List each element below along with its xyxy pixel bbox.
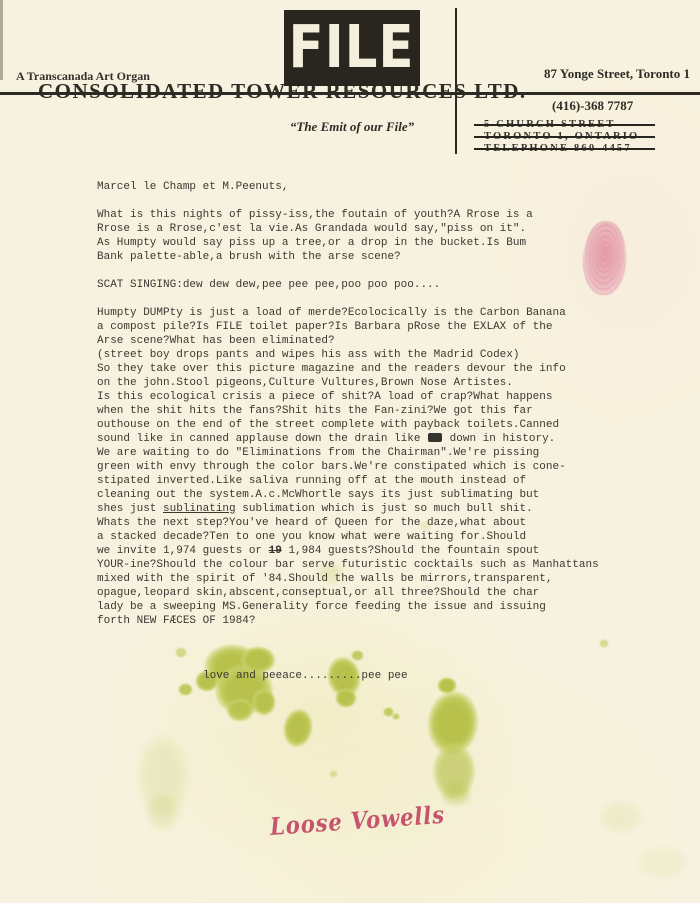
letter-line: forth NEW FÆCES OF 1984?	[97, 614, 599, 628]
letter-text: sublinating	[163, 503, 236, 515]
letter-text: Bank palette-able,a brush with the arse …	[97, 251, 401, 263]
letter-text: shes just	[97, 503, 163, 515]
letter-text: 19	[269, 545, 282, 557]
letter-text: 1,984 guests?Should the fountain spout	[282, 545, 539, 557]
letter-text: when the shit hits the fans?Shit hits th…	[97, 405, 533, 417]
letter-text: Arse scene?What has been eliminated?	[97, 335, 335, 347]
letter-line: lady be a sweeping MS.Generality force f…	[97, 600, 599, 614]
letterhead-tagline: A Transcanada Art Organ	[16, 69, 150, 84]
letter-line	[97, 194, 599, 208]
ink-splatter	[351, 650, 364, 661]
letter-line: Is this ecological crisis a piece of shi…	[97, 390, 599, 404]
letter-line	[97, 264, 599, 278]
ink-splatter	[226, 698, 254, 722]
letter-text: So they take over this picture magazine …	[97, 363, 566, 375]
letter-text: cleaning out the system.A.c.McWhortle sa…	[97, 489, 539, 501]
letter-line: We are waiting to do "Eliminations from …	[97, 446, 599, 460]
ink-smudge	[598, 800, 644, 834]
file-logo: FILE	[284, 10, 420, 86]
strikethrough-rule	[0, 92, 700, 95]
letter-line: on the john.Stool pigeons,Culture Vultur…	[97, 376, 599, 390]
ink-splatter	[175, 647, 187, 658]
letter-line: SCAT SINGING:dew dew dew,pee pee pee,poo…	[97, 278, 599, 292]
letter-line: we invite 1,974 guests or 19 1,984 guest…	[97, 544, 599, 558]
letter-text: YOUR-ine?Should the colour bar serve fut…	[97, 559, 599, 571]
ink-splatter	[335, 688, 357, 708]
letter-line: As Humpty would say piss up a tree,or a …	[97, 236, 599, 250]
letter-closing: love and peeace.........pee pee	[203, 670, 408, 682]
letter-line: green with envy through the color bars.W…	[97, 460, 599, 474]
ink-splatter	[437, 677, 457, 694]
letterhead-motto: “The Emit of our File”	[276, 119, 428, 135]
letter-line: stipated inverted.Like saliva running of…	[97, 474, 599, 488]
letter-text: a stacked decade?Ten to one you know wha…	[97, 531, 526, 543]
letter-text: Whats the next step?You've heard of Quee…	[97, 517, 526, 529]
old-address-line: TORONTO 1, ONTARIO	[484, 132, 639, 142]
letter-body: Marcel le Champ et M.Peenuts,What is thi…	[97, 180, 599, 628]
letter-line: opague,leopard skin,abscent,conseptual,o…	[97, 586, 599, 600]
letter-text: Marcel le Champ et M.Peenuts,	[97, 181, 288, 193]
letter-line: So they take over this picture magazine …	[97, 362, 599, 376]
ink-smudge	[146, 792, 180, 832]
letter-text: forth NEW FÆCES OF 1984?	[97, 615, 255, 627]
letter-text: Rrose is a Rrose,c'est la vie.As Grandad…	[97, 223, 526, 235]
scanned-letter-page: A Transcanada Art Organ CONSOLIDATED TOW…	[0, 0, 700, 903]
letter-line: Arse scene?What has been eliminated?	[97, 334, 599, 348]
letter-line: Humpty DUMPty is just a load of merde?Ec…	[97, 306, 599, 320]
letter-text: down in history.	[443, 433, 555, 445]
ink-splatter	[178, 683, 193, 696]
letter-text: outhouse on the end of the street comple…	[97, 419, 559, 431]
letter-line: a compost pile?Is FILE toilet paper?Is B…	[97, 320, 599, 334]
old-address-line: 5 CHURCH STREET	[484, 120, 639, 130]
divider-rule	[455, 8, 457, 154]
letterhead-address: 87 Yonge Street, Toronto 1	[544, 66, 690, 82]
letter-line: mixed with the spirit of '84.Should the …	[97, 572, 599, 586]
letter-line: outhouse on the end of the street comple…	[97, 418, 599, 432]
letter-text: a compost pile?Is FILE toilet paper?Is B…	[97, 321, 552, 333]
letter-line: Marcel le Champ et M.Peenuts,	[97, 180, 599, 194]
letter-line	[97, 292, 599, 306]
letter-text: sound like in canned applause down the d…	[97, 433, 427, 445]
letter-text: sublimation which is just so much bull s…	[236, 503, 533, 515]
ink-splatter	[392, 713, 400, 720]
letter-line: Whats the next step?You've heard of Quee…	[97, 516, 599, 530]
letter-line: cleaning out the system.A.c.McWhortle sa…	[97, 488, 599, 502]
letter-text: stipated inverted.Like saliva running of…	[97, 475, 526, 487]
letter-line: What is this nights of pissy-iss,the fou…	[97, 208, 599, 222]
letterhead-phone: (416)-368 7787	[552, 98, 633, 114]
old-address-line: TELEPHONE 860-4457	[484, 144, 639, 154]
letter-line: sound like in canned applause down the d…	[97, 432, 599, 446]
letter-text: As Humpty would say piss up a tree,or a …	[97, 237, 526, 249]
old-address-block: 5 CHURCH STREET TORONTO 1, ONTARIO TELEP…	[484, 120, 639, 154]
letter-text: SCAT SINGING:dew dew dew,pee pee pee,poo…	[97, 279, 440, 291]
letter-text: mixed with the spirit of '84.Should the …	[97, 573, 552, 585]
letter-line: when the shit hits the fans?Shit hits th…	[97, 404, 599, 418]
letter-line: Rrose is a Rrose,c'est la vie.As Grandad…	[97, 222, 599, 236]
file-logo-text: FILE	[289, 19, 415, 78]
letter-text: Is this ecological crisis a piece of shi…	[97, 391, 552, 403]
letter-text: (street boy drops pants and wipes his as…	[97, 349, 519, 361]
letter-text: on the john.Stool pigeons,Culture Vultur…	[97, 377, 513, 389]
blotted-word	[428, 433, 442, 442]
letter-line: YOUR-ine?Should the colour bar serve fut…	[97, 558, 599, 572]
ink-splatter	[440, 780, 472, 806]
letter-line: (street boy drops pants and wipes his as…	[97, 348, 599, 362]
letter-text: Humpty DUMPty is just a load of merde?Ec…	[97, 307, 566, 319]
letter-line: shes just sublinating sublimation which …	[97, 502, 599, 516]
letter-text: lady be a sweeping MS.Generality force f…	[97, 601, 546, 613]
ink-smudge	[636, 846, 690, 880]
letter-text: opague,leopard skin,abscent,conseptual,o…	[97, 587, 539, 599]
ink-splatter	[329, 770, 338, 778]
ink-splatter	[599, 639, 609, 648]
letter-text: we invite 1,974 guests or	[97, 545, 269, 557]
ink-splatter	[280, 706, 316, 751]
letter-text: We are waiting to do "Eliminations from …	[97, 447, 539, 459]
letter-text: green with envy through the color bars.W…	[97, 461, 566, 473]
letter-line: a stacked decade?Ten to one you know wha…	[97, 530, 599, 544]
letter-line: Bank palette-able,a brush with the arse …	[97, 250, 599, 264]
ink-splatter	[252, 688, 276, 716]
letter-text: What is this nights of pissy-iss,the fou…	[97, 209, 533, 221]
